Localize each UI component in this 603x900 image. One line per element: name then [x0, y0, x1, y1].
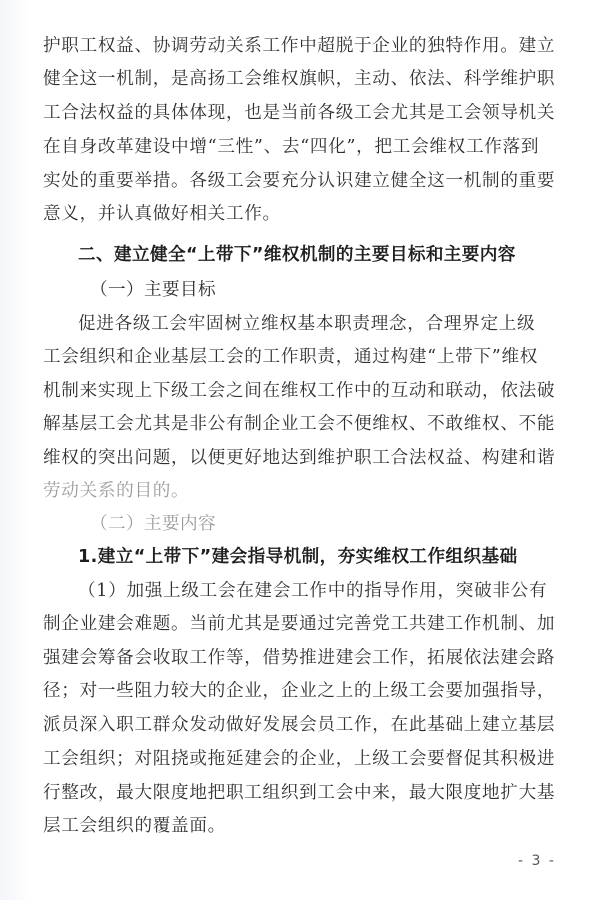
paragraph-line: 工会组织和企业基层工会的工作职责，通过构建“上带下”维权	[43, 346, 563, 368]
item-heading: 1.建立“上带下”建会指导机制，夯实维权工作组织基础	[78, 546, 598, 568]
paragraph-line: 促进各级工会牢固树立维权基本职责理念，合理界定上级	[78, 313, 598, 335]
paragraph-line: 层工会组织的覆盖面。	[43, 815, 563, 837]
paragraph-line: 意义，并认真做好相关工作。	[43, 203, 563, 225]
paragraph-line: 强建会筹备会收取工作等，借势推进建会工作，拓展依法建会路	[43, 647, 563, 669]
page-number: - 3 -	[518, 853, 556, 869]
paragraph-line: 径；对一些阻力较大的企业，企业之上的上级工会要加强指导，	[43, 680, 563, 702]
paragraph-line: 工会组织；对阻挠或拖延建会的企业，上级工会要督促其积极进	[43, 748, 563, 770]
paragraph-line: 派员深入职工群众发动做好发展会员工作，在此基础上建立基层	[43, 714, 563, 736]
paragraph-line: 劳动关系的目的。	[43, 480, 563, 502]
paragraph-line: 实处的重要举措。各级工会要充分认识建立健全这一机制的重要	[43, 170, 563, 192]
paragraph-line: 制企业建会难题。当前尤其是要通过完善党工共建工作机制、加	[43, 613, 563, 635]
paragraph-line: 健全这一机制，是高扬工会维权旗帜，主动、依法、科学维护职	[43, 68, 563, 90]
paragraph-line: 维权的突出问题，以便更好地达到维护职工合法权益、构建和谐	[43, 447, 563, 469]
paragraph-line: 机制来实现上下级工会之间在维权工作中的互动和联动，依法破	[43, 380, 563, 402]
section-heading: 二、建立健全“上带下”维权机制的主要目标和主要内容	[78, 244, 598, 266]
subsection-heading: （二）主要内容	[90, 513, 603, 535]
subsection-heading: （一）主要目标	[90, 279, 603, 301]
paragraph-line: （1）加强上级工会在建会工作中的指导作用，突破非公有	[78, 580, 598, 602]
paragraph-line: 解基层工会尤其是非公有制企业工会不便维权、不敢维权、不能	[43, 413, 563, 435]
paragraph-line: 工合法权益的具体体现，也是当前各级工会尤其是工会领导机关	[43, 102, 563, 124]
paragraph-line: 在自身改革建设中增“三性”、去“四化”，把工会维权工作落到	[43, 136, 563, 158]
paragraph-line: 护职工权益、协调劳动关系工作中超脱于企业的独特作用。建立	[43, 35, 563, 57]
document-page: 护职工权益、协调劳动关系工作中超脱于企业的独特作用。建立 健全这一机制，是高扬工…	[0, 0, 603, 900]
paragraph-line: 行整改，最大限度地把职工组织到工会中来，最大限度地扩大基	[43, 782, 563, 804]
